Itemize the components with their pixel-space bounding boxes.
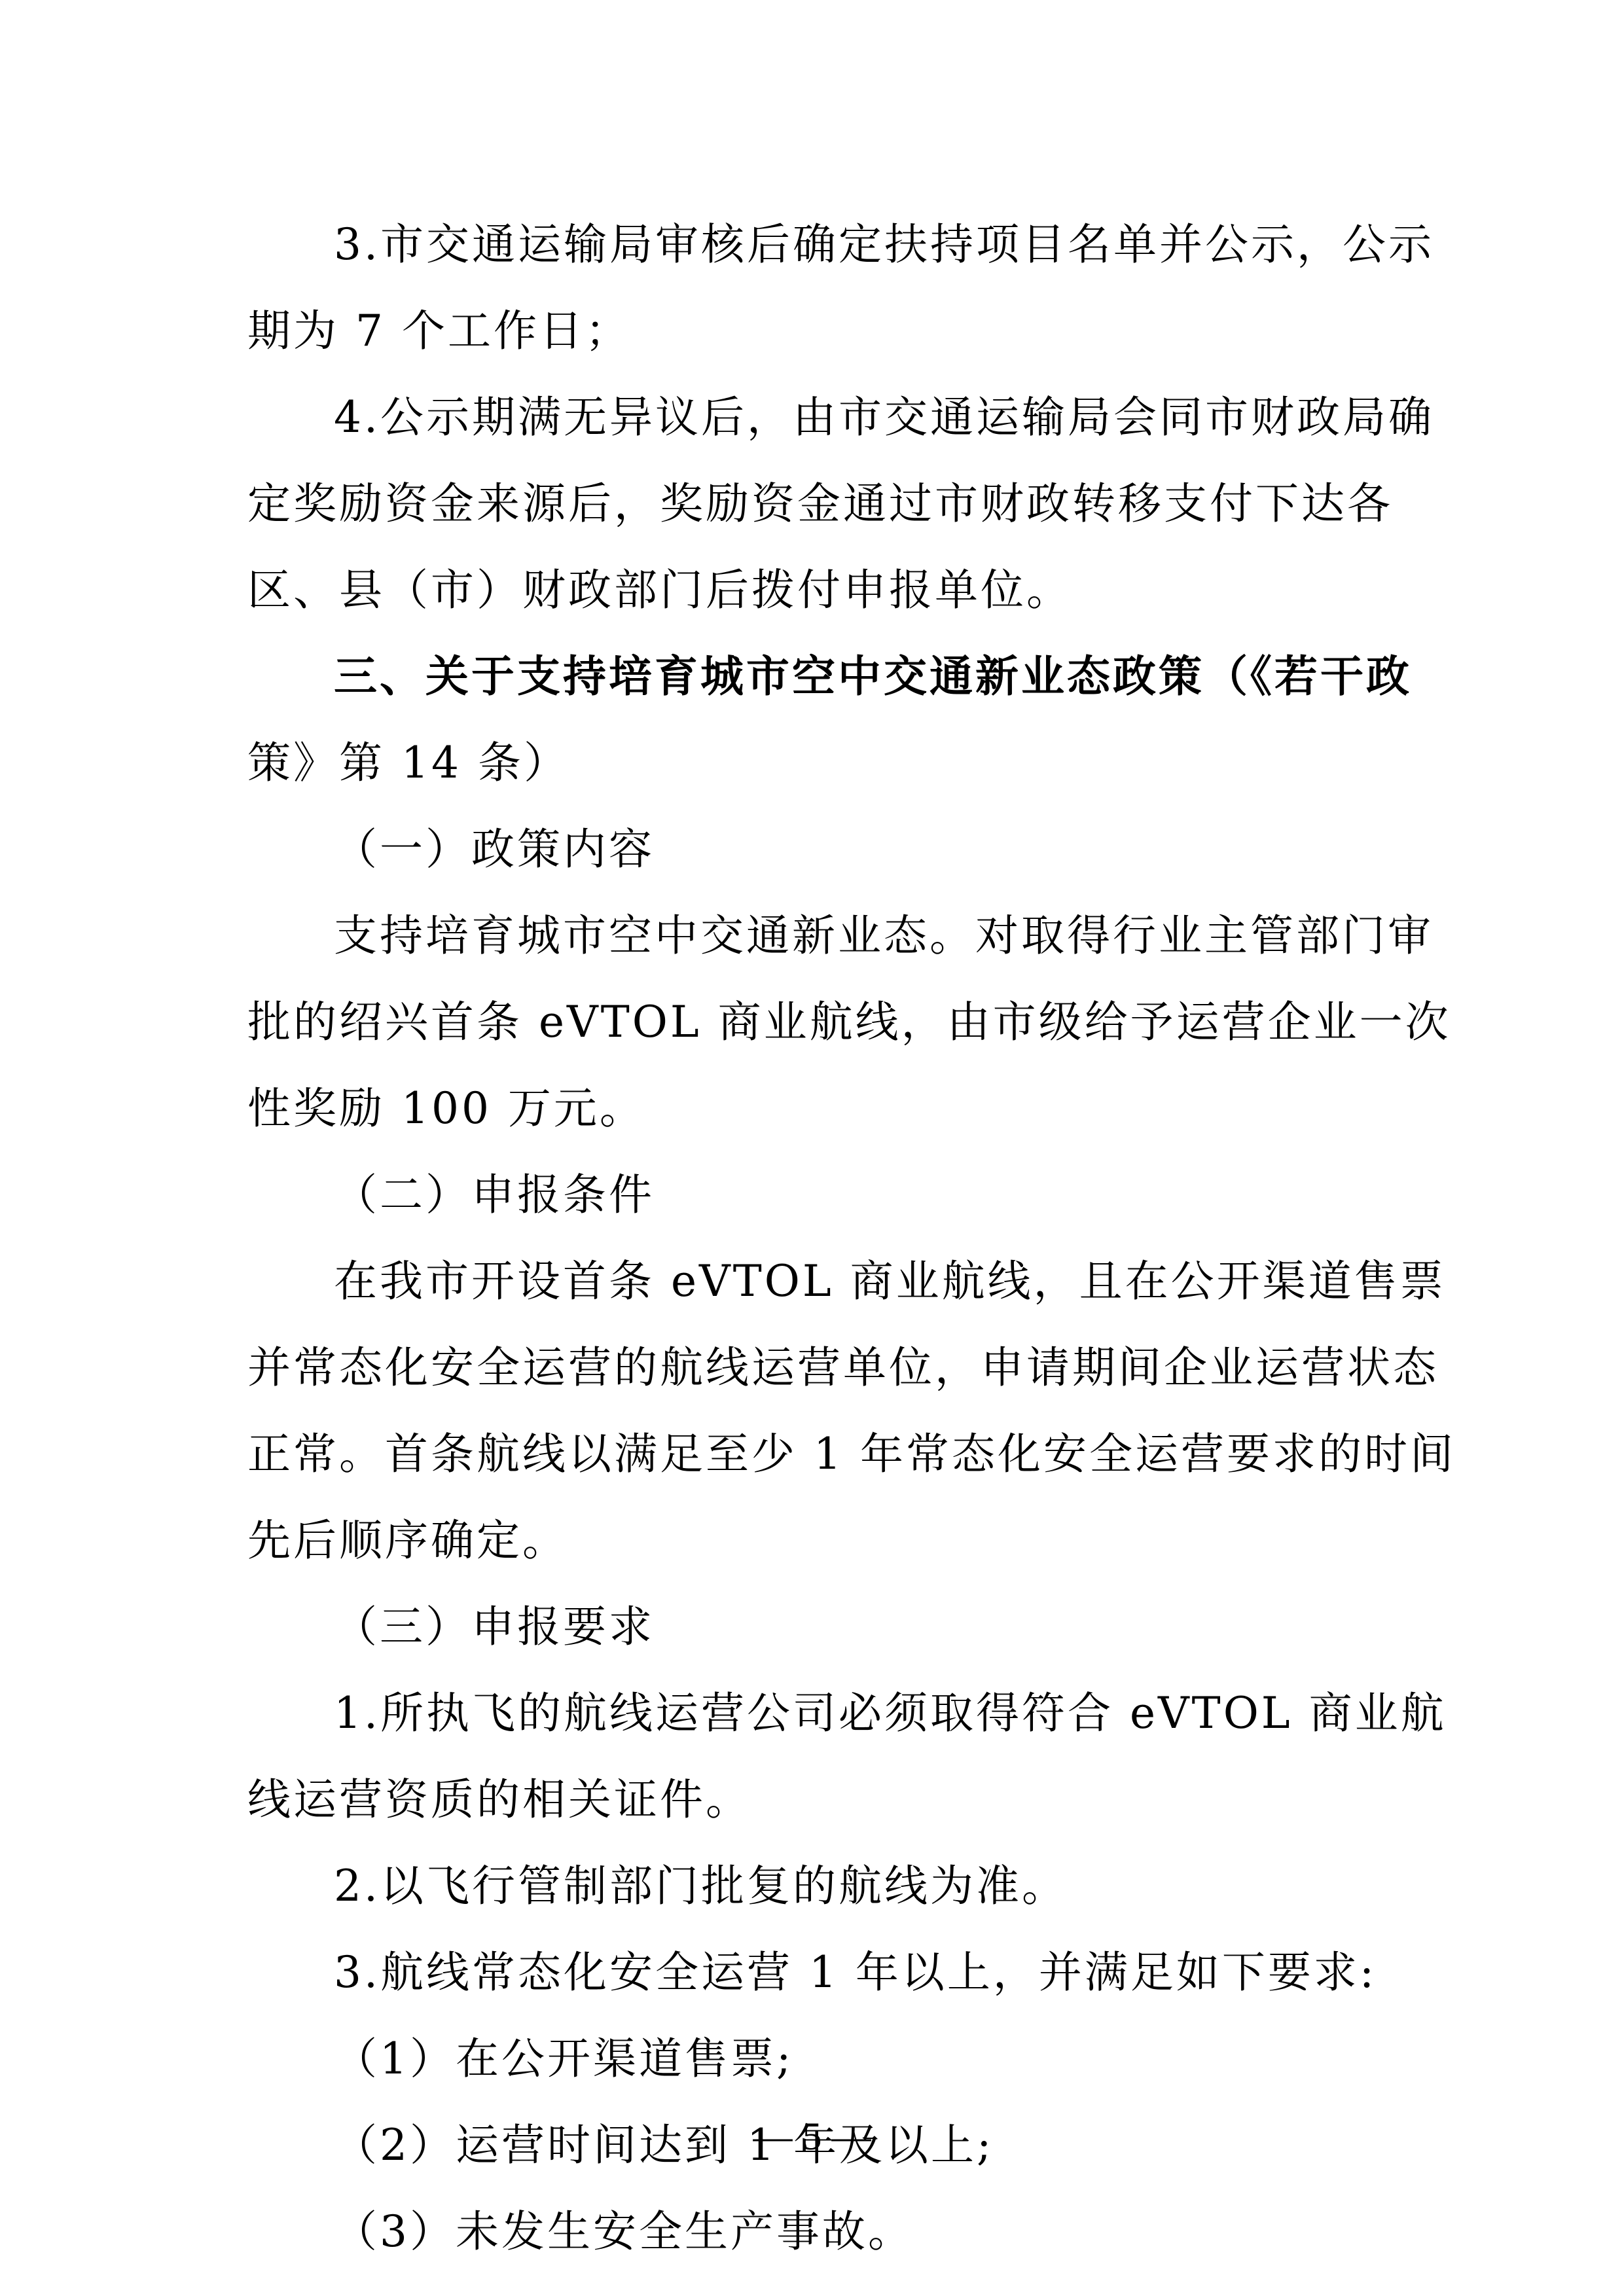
sub-list-item: （1）在公开渠道售票;: [247, 2016, 1373, 2102]
paragraph-line: 区、县（市）财政部门后拨付申报单位。: [247, 547, 1373, 634]
paragraph-line: 支持培育城市空中交通新业态。对取得行业主管部门审: [247, 893, 1373, 979]
paragraph-line: 批的绍兴首条 eVTOL 商业航线，由市级给予运营企业一次: [247, 979, 1373, 1066]
paragraph-line: 3.市交通运输局审核后确定扶持项目名单并公示，公示: [247, 202, 1373, 288]
paragraph-line: 先后顺序确定。: [247, 1498, 1373, 1584]
list-item: 3.航线常态化安全运营 1 年以上，并满足如下要求:: [247, 1929, 1373, 2016]
paragraph-line: 期为 7 个工作日；: [247, 288, 1373, 374]
list-item-continuation: 线运营资质的相关证件。: [247, 1757, 1373, 1843]
section-heading: 三、关于支持培育城市空中交通新业态政策（《若干政: [247, 634, 1373, 720]
document-body: 3.市交通运输局审核后确定扶持项目名单并公示，公示 期为 7 个工作日； 4.公…: [247, 202, 1373, 2275]
paragraph-line: 在我市开设首条 eVTOL 商业航线，且在公开渠道售票: [247, 1238, 1373, 1325]
paragraph-line: 定奖励资金来源后，奖励资金通过市财政转移支付下达各: [247, 461, 1373, 547]
paragraph-line: 正常。首条航线以满足至少 1 年常态化安全运营要求的时间: [247, 1411, 1373, 1498]
section-heading-continuation: 策》第 14 条）: [247, 720, 1373, 806]
document-page: 3.市交通运输局审核后确定扶持项目名单并公示，公示 期为 7 个工作日； 4.公…: [0, 0, 1624, 2296]
subsection-heading-conditions: （二）申报条件: [247, 1152, 1373, 1238]
subsection-heading-requirements: （三）申报要求: [247, 1584, 1373, 1670]
page-number: — 5 —: [0, 2114, 1624, 2159]
paragraph-line: 性奖励 100 万元。: [247, 1066, 1373, 1152]
paragraph-line: 并常态化安全运营的航线运营单位，申请期间企业运营状态: [247, 1325, 1373, 1411]
list-item: 2.以飞行管制部门批复的航线为准。: [247, 1843, 1373, 1929]
sub-list-item: （3）未发生安全生产事故。: [247, 2189, 1373, 2275]
list-item: 1.所执飞的航线运营公司必须取得符合 eVTOL 商业航: [247, 1670, 1373, 1757]
paragraph-line: 4.公示期满无异议后，由市交通运输局会同市财政局确: [247, 374, 1373, 461]
subsection-heading-policy-content: （一）政策内容: [247, 806, 1373, 893]
